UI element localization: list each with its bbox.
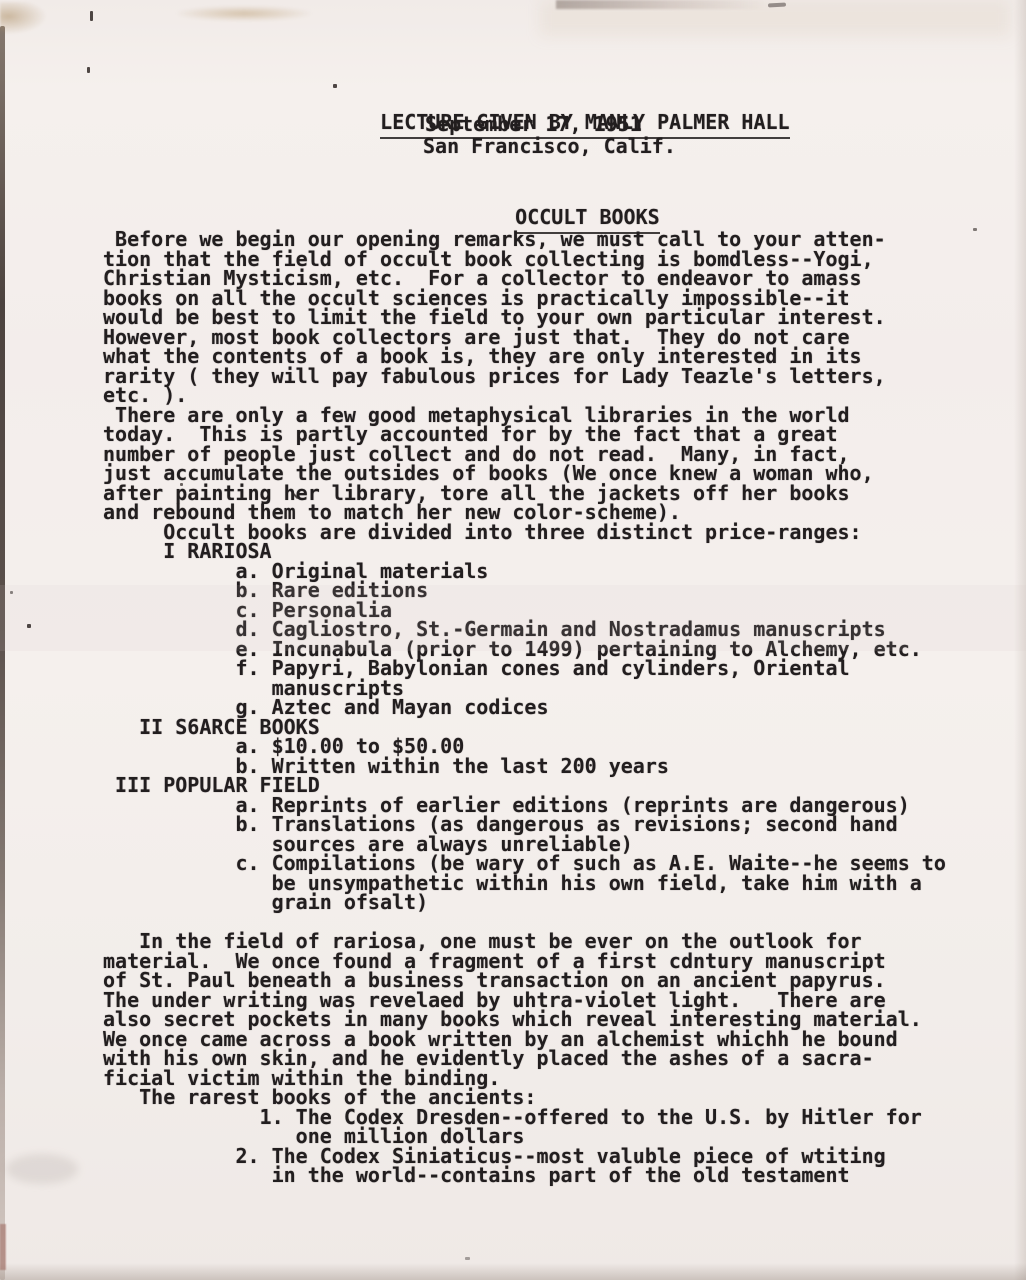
ink-speck	[87, 67, 90, 73]
paper-top-stain-left	[178, 6, 310, 21]
ink-speck	[27, 624, 31, 628]
paper-corner-stain	[0, 2, 46, 34]
ink-speck	[465, 1257, 470, 1260]
paper-top-tint-band	[540, 0, 1010, 36]
lecture-date: September 17, 1951	[425, 113, 642, 135]
document-body-text: Before we begin our opening remarks, we …	[103, 230, 946, 1186]
scan-right-edge-shadow	[1014, 0, 1026, 1280]
ink-speck	[973, 228, 977, 231]
paper-bottom-smudge	[6, 1154, 78, 1184]
scanned-document-screenshot: { "document": { "header": { "title": "LE…	[0, 0, 1026, 1280]
scan-left-edge-shadow	[0, 26, 5, 1280]
ink-speck	[90, 11, 93, 21]
paper-left-red-strip	[0, 1224, 6, 1270]
ink-speck	[333, 84, 337, 88]
lecture-location: San Francisco, Calif.	[423, 135, 676, 157]
paper-page: LECTURE GIVEN BY MANLY PALMER HALL Septe…	[0, 0, 1026, 1280]
paper-top-streak	[556, 0, 766, 9]
scan-bottom-edge-shadow	[0, 1263, 1026, 1280]
ink-speck	[10, 591, 13, 594]
paper-top-dash-mark	[768, 3, 786, 8]
